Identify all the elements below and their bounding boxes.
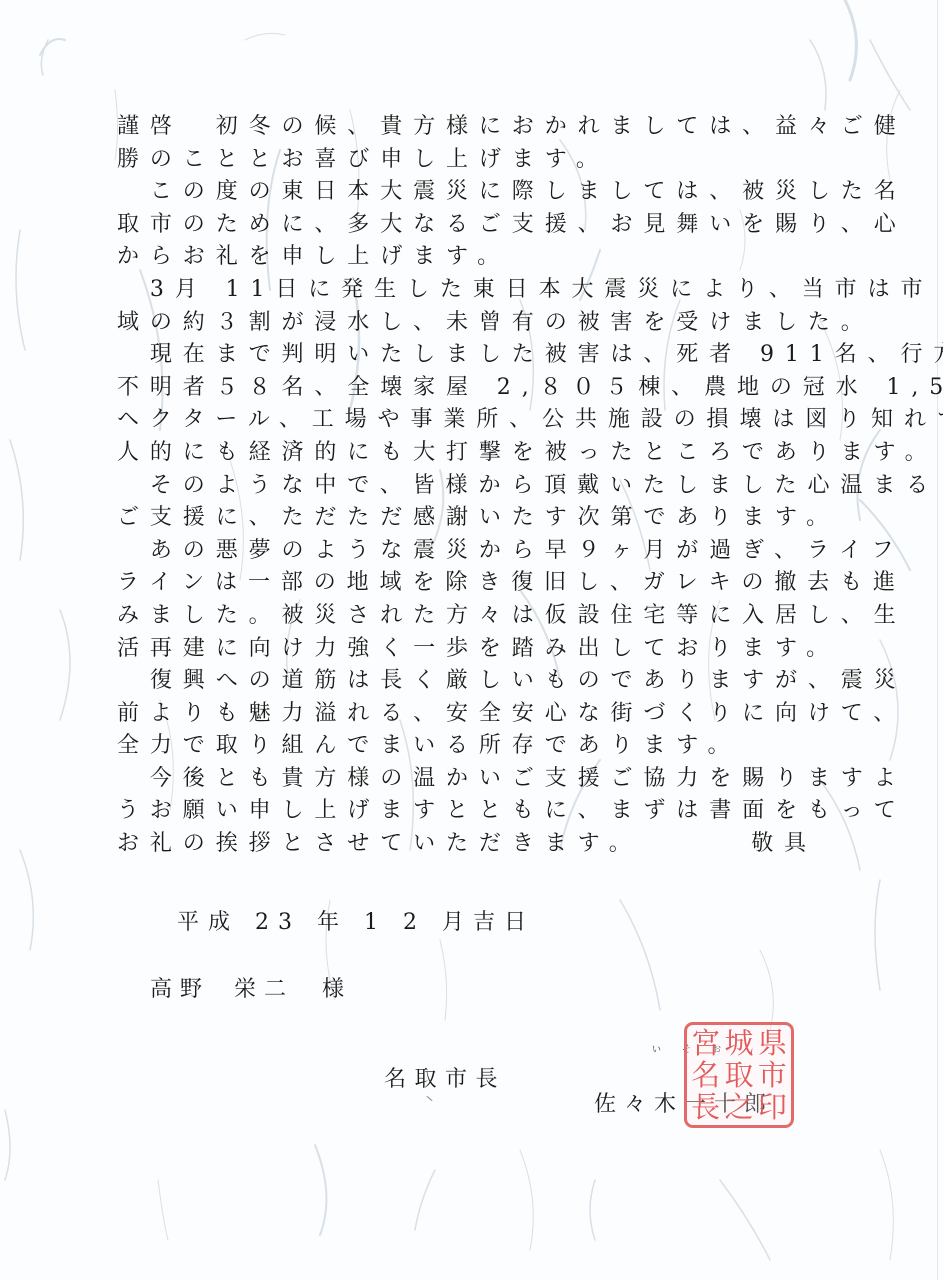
body-line: 現在まで判明いたしました被害は、死者 911名、行方 [117, 339, 817, 372]
body-line: 今後とも貴方様の温かいご支援ご協力を賜りますよ [117, 763, 817, 796]
addressee-given-name: 栄二 [234, 972, 294, 1003]
letter-date: 平成 23 年 1 2 月吉日 [177, 905, 535, 936]
seal-char: 宮 [691, 1027, 720, 1059]
body-line: 復興への道筋は長く厳しいものでありますが、震災 [117, 665, 817, 698]
body-line: 3月 11日に発生した東日本大震災により、当市は市 [117, 274, 817, 307]
body-line: 不明者５８名、全壊家屋 2,８０５棟、農地の冠水 1,588 [117, 372, 817, 405]
letter-body: 謹啓 初冬の候、貴方様におかれましては、益々ご健 勝のこととお喜び申し上げます。… [117, 111, 817, 861]
official-seal-stamp: 県 市 印 城 取 之 宮 名 長 [684, 1022, 794, 1128]
body-line: うお願い申し上げますとともに、まずは書面をもって [117, 795, 817, 828]
furigana: い [652, 1042, 661, 1055]
body-line: あの悪夢のような震災から早９ヶ月が過ぎ、ライフ [117, 535, 817, 568]
body-line: からお礼を申し上げます。 [117, 241, 817, 274]
body-line: 謹啓 初冬の候、貴方様におかれましては、益々ご健 [117, 111, 817, 144]
body-line: みました。被災された方々は仮設住宅等に入居し、生 [117, 600, 817, 633]
seal-char: 城 [724, 1027, 753, 1059]
seal-char: 取 [724, 1059, 753, 1091]
signatory-title: 名取市長 [384, 1062, 506, 1218]
seal-column: 宮 名 長 [691, 1027, 720, 1123]
body-line: ラインは一部の地域を除き復旧し、ガレキの撤去も進 [117, 567, 817, 600]
seal-char: 名 [691, 1059, 720, 1091]
seal-char: 市 [758, 1059, 787, 1091]
scan-edge-line [937, 0, 938, 1280]
body-line-text: お礼の挨拶とさせていただきます。 [117, 828, 642, 861]
body-line-final: お礼の挨拶とさせていただきます。 敬具 [117, 828, 817, 861]
addressee-surname: 高野 [150, 972, 210, 1003]
seal-column: 県 市 印 [758, 1027, 787, 1123]
body-line: 活再建に向け力強く一歩を踏み出しております。 [117, 633, 817, 666]
body-line: 全力で取り組んでまいる所存であります。 [117, 730, 817, 763]
body-line: 前よりも魅力溢れる、安全安心な街づくりに向けて、 [117, 698, 817, 731]
seal-char: 之 [724, 1091, 753, 1123]
body-line: ヘクタール、工場や事業所、公共施設の損壊は図り知れず、 [117, 404, 817, 437]
seal-char: 印 [758, 1091, 787, 1123]
seal-char: 長 [691, 1091, 720, 1123]
addressee-honorific: 様 [322, 972, 344, 1003]
seal-char: 県 [758, 1027, 787, 1059]
body-line: 勝のこととお喜び申し上げます。 [117, 144, 817, 177]
addressee: 高野 栄二 様 [150, 972, 344, 1003]
body-line: この度の東日本大震災に際しましては、被災した名 [117, 176, 817, 209]
body-line: 取市のために、多大なるご支援、お見舞いを賜り、心 [117, 209, 817, 242]
closing-keigu: 敬具 [751, 828, 817, 861]
body-line: 人的にも経済的にも大打撃を被ったところであります。 [117, 437, 817, 470]
body-line: ご支援に、ただただ感謝いたす次第であります。 [117, 502, 817, 535]
body-line: 域の約３割が浸水し、未曾有の被害を受けました。 [117, 307, 817, 340]
seal-column: 城 取 之 [724, 1027, 753, 1123]
body-line: そのような中で、皆様から頂戴いたしました心温まる [117, 470, 817, 503]
